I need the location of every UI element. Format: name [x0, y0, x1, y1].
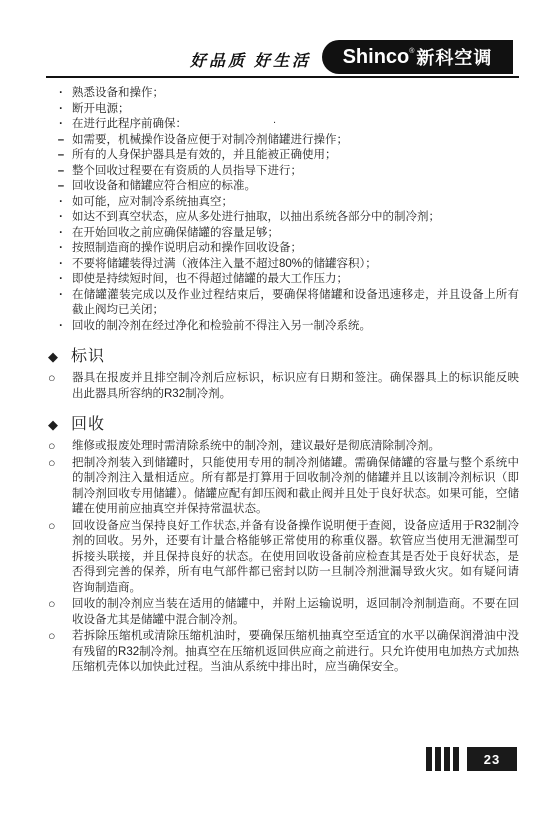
list-item-text: 如达不到真空状态，应从多处进行抽取，以抽出系统各部分中的制冷剂； — [72, 211, 440, 223]
manual-page: 好品质 好生活 Shinco®新科空调 ·熟悉设备和操作；·断开电源；·在进行此… — [0, 0, 559, 816]
bullet-marker: · — [54, 86, 68, 102]
list-item-text: 在进行此程序前确保： — [72, 118, 187, 130]
section-heading: ◆标识 — [46, 348, 519, 366]
bullet-marker: · — [54, 257, 68, 273]
list-item-text: 回收的制冷剂在经过净化和检验前不得注入另一制冷系统。 — [72, 320, 371, 332]
footer-bar-icon — [426, 747, 432, 771]
section-heading: ◆回收 — [46, 416, 519, 434]
section-paragraph: ○把制冷剂装入到储罐时，只能使用专用的制冷剂储罐。需确保储罐的容量与整个系统中的… — [46, 456, 519, 518]
list-item-text: 在开始回收之前应确保储罐的容量足够； — [72, 227, 279, 239]
section-title: 标识 — [71, 348, 105, 366]
intro-list: ·熟悉设备和操作；·断开电源；·在进行此程序前确保：–如需要，机械操作设备应便于… — [46, 86, 519, 334]
bullet-marker: · — [54, 117, 68, 133]
circle-marker: ○ — [48, 597, 56, 613]
circle-marker: ○ — [48, 371, 56, 387]
page-body: ·熟悉设备和操作；·断开电源；·在进行此程序前确保：–如需要，机械操作设备应便于… — [46, 86, 519, 677]
page-number-badge: 23 — [467, 747, 517, 771]
circle-marker: ○ — [48, 439, 56, 455]
section-paragraph: ○回收设备应当保持良好工作状态,并备有设备操作说明便于查阅，设备应适用于R32制… — [46, 519, 519, 597]
list-item-text: 所有的人身保护器具是有效的，并且能被正确使用； — [72, 149, 337, 161]
section-paragraph: ○回收的制冷剂应当装在适用的储罐中，并附上运输说明，返回制冷剂制造商。不要在回收… — [46, 597, 519, 628]
bullet-marker: – — [54, 148, 68, 164]
bullet-marker: · — [54, 272, 68, 288]
brand-slogan: 好品质 好生活 — [190, 48, 311, 71]
list-item: ·熟悉设备和操作； — [46, 86, 519, 102]
list-item: ·在储罐灌装完成以及作业过程结束后，要确保将储罐和设备迅速移走，并且设备上所有截… — [46, 288, 519, 319]
list-item: ·即使是持续短时间，也不得超过储罐的最大工作压力； — [46, 272, 519, 288]
page-header: 好品质 好生活 Shinco®新科空调 — [0, 0, 559, 80]
scan-artifact-dot: . — [273, 114, 276, 126]
bullet-marker: · — [54, 195, 68, 211]
list-item-text: 回收设备和储罐应符合相应的标准。 — [72, 180, 256, 192]
list-item: ·在进行此程序前确保： — [46, 117, 519, 133]
footer-bar-icon — [444, 747, 450, 771]
bullet-marker: · — [54, 319, 68, 335]
diamond-icon: ◆ — [48, 348, 59, 366]
list-item: ·回收的制冷剂在经过净化和检验前不得注入另一制冷系统。 — [46, 319, 519, 335]
list-item: ·按照制造商的操作说明启动和操作回收设备； — [46, 241, 519, 257]
footer-bars-decoration — [426, 747, 462, 771]
bullet-marker: – — [54, 179, 68, 195]
diamond-icon: ◆ — [48, 416, 59, 434]
list-item-text: 如需要，机械操作设备应便于对制冷剂储罐进行操作； — [72, 134, 348, 146]
list-item: –所有的人身保护器具是有效的，并且能被正确使用； — [46, 148, 519, 164]
section-paragraph: ○器具在报废并且排空制冷剂后应标识，标识应有日期和签注。确保器具上的标识能反映出… — [46, 371, 519, 402]
paragraph-text: 回收的制冷剂应当装在适用的储罐中，并附上运输说明，返回制冷剂制造商。不要在回收设… — [72, 598, 519, 626]
list-item-text: 断开电源； — [72, 103, 130, 115]
list-item: –如需要，机械操作设备应便于对制冷剂储罐进行操作； — [46, 133, 519, 149]
circle-marker: ○ — [48, 456, 56, 472]
list-item: –整个回收过程要在有资质的人员指导下进行； — [46, 164, 519, 180]
bullet-marker: · — [54, 210, 68, 226]
brand-banner: Shinco®新科空调 — [322, 40, 513, 74]
footer-bar-icon — [435, 747, 441, 771]
bullet-marker: · — [54, 102, 68, 118]
section-paragraph: ○维修或报废处理时需清除系统中的制冷剂，建议最好是彻底清除制冷剂。 — [46, 439, 519, 455]
bullet-marker: – — [54, 133, 68, 149]
circle-marker: ○ — [48, 519, 56, 535]
paragraph-text: 把制冷剂装入到储罐时，只能使用专用的制冷剂储罐。需确保储罐的容量与整个系统中的制… — [72, 457, 519, 516]
paragraph-text: 若拆除压缩机或清除压缩机油时，要确保压缩机抽真空至适宜的水平以确保润滑油中没有残… — [72, 630, 519, 673]
list-item-text: 在储罐灌装完成以及作业过程结束后，要确保将储罐和设备迅速移走，并且设备上所有截止… — [72, 289, 519, 317]
paragraph-text: 维修或报废处理时需清除系统中的制冷剂，建议最好是彻底清除制冷剂。 — [72, 440, 440, 452]
bullet-marker: · — [54, 288, 68, 304]
paragraph-text: 器具在报废并且排空制冷剂后应标识，标识应有日期和签注。确保器具上的标识能反映出此… — [72, 372, 519, 400]
list-item: ·不要将储罐装得过满（液体注入量不超过80%的储罐容积）； — [46, 257, 519, 273]
section-paragraph: ○若拆除压缩机或清除压缩机油时，要确保压缩机抽真空至适宜的水平以确保润滑油中没有… — [46, 629, 519, 676]
list-item-text: 不要将储罐装得过满（液体注入量不超过80%的储罐容积）； — [72, 258, 377, 270]
list-item: –回收设备和储罐应符合相应的标准。 — [46, 179, 519, 195]
list-item-text: 即使是持续短时间，也不得超过储罐的最大工作压力； — [72, 273, 348, 285]
brand-name-cn: 新科空调 — [416, 44, 492, 70]
sections-container: ◆标识○器具在报废并且排空制冷剂后应标识，标识应有日期和签注。确保器具上的标识能… — [46, 348, 519, 676]
list-item-text: 整个回收过程要在有资质的人员指导下进行； — [72, 165, 302, 177]
bullet-marker: · — [54, 226, 68, 242]
bullet-marker: – — [54, 164, 68, 180]
circle-marker: ○ — [48, 629, 56, 645]
bullet-marker: · — [54, 241, 68, 257]
list-item: ·断开电源； — [46, 102, 519, 118]
list-item-text: 熟悉设备和操作； — [72, 87, 164, 99]
page-footer: 23 — [426, 747, 517, 771]
list-item: ·如可能，应对制冷系统抽真空； — [46, 195, 519, 211]
paragraph-text: 回收设备应当保持良好工作状态,并备有设备操作说明便于查阅，设备应适用于R32制冷… — [72, 520, 519, 594]
list-item-text: 如可能，应对制冷系统抽真空； — [72, 196, 233, 208]
registered-mark-icon: ® — [409, 48, 414, 55]
list-item: ·在开始回收之前应确保储罐的容量足够； — [46, 226, 519, 242]
footer-bar-icon — [453, 747, 459, 771]
list-item: ·如达不到真空状态，应从多处进行抽取，以抽出系统各部分中的制冷剂； — [46, 210, 519, 226]
page-number: 23 — [484, 752, 500, 767]
header-rule — [46, 76, 519, 78]
list-item-text: 按照制造商的操作说明启动和操作回收设备； — [72, 242, 302, 254]
brand-logo-text: Shinco — [343, 46, 410, 69]
section-title: 回收 — [71, 416, 105, 434]
